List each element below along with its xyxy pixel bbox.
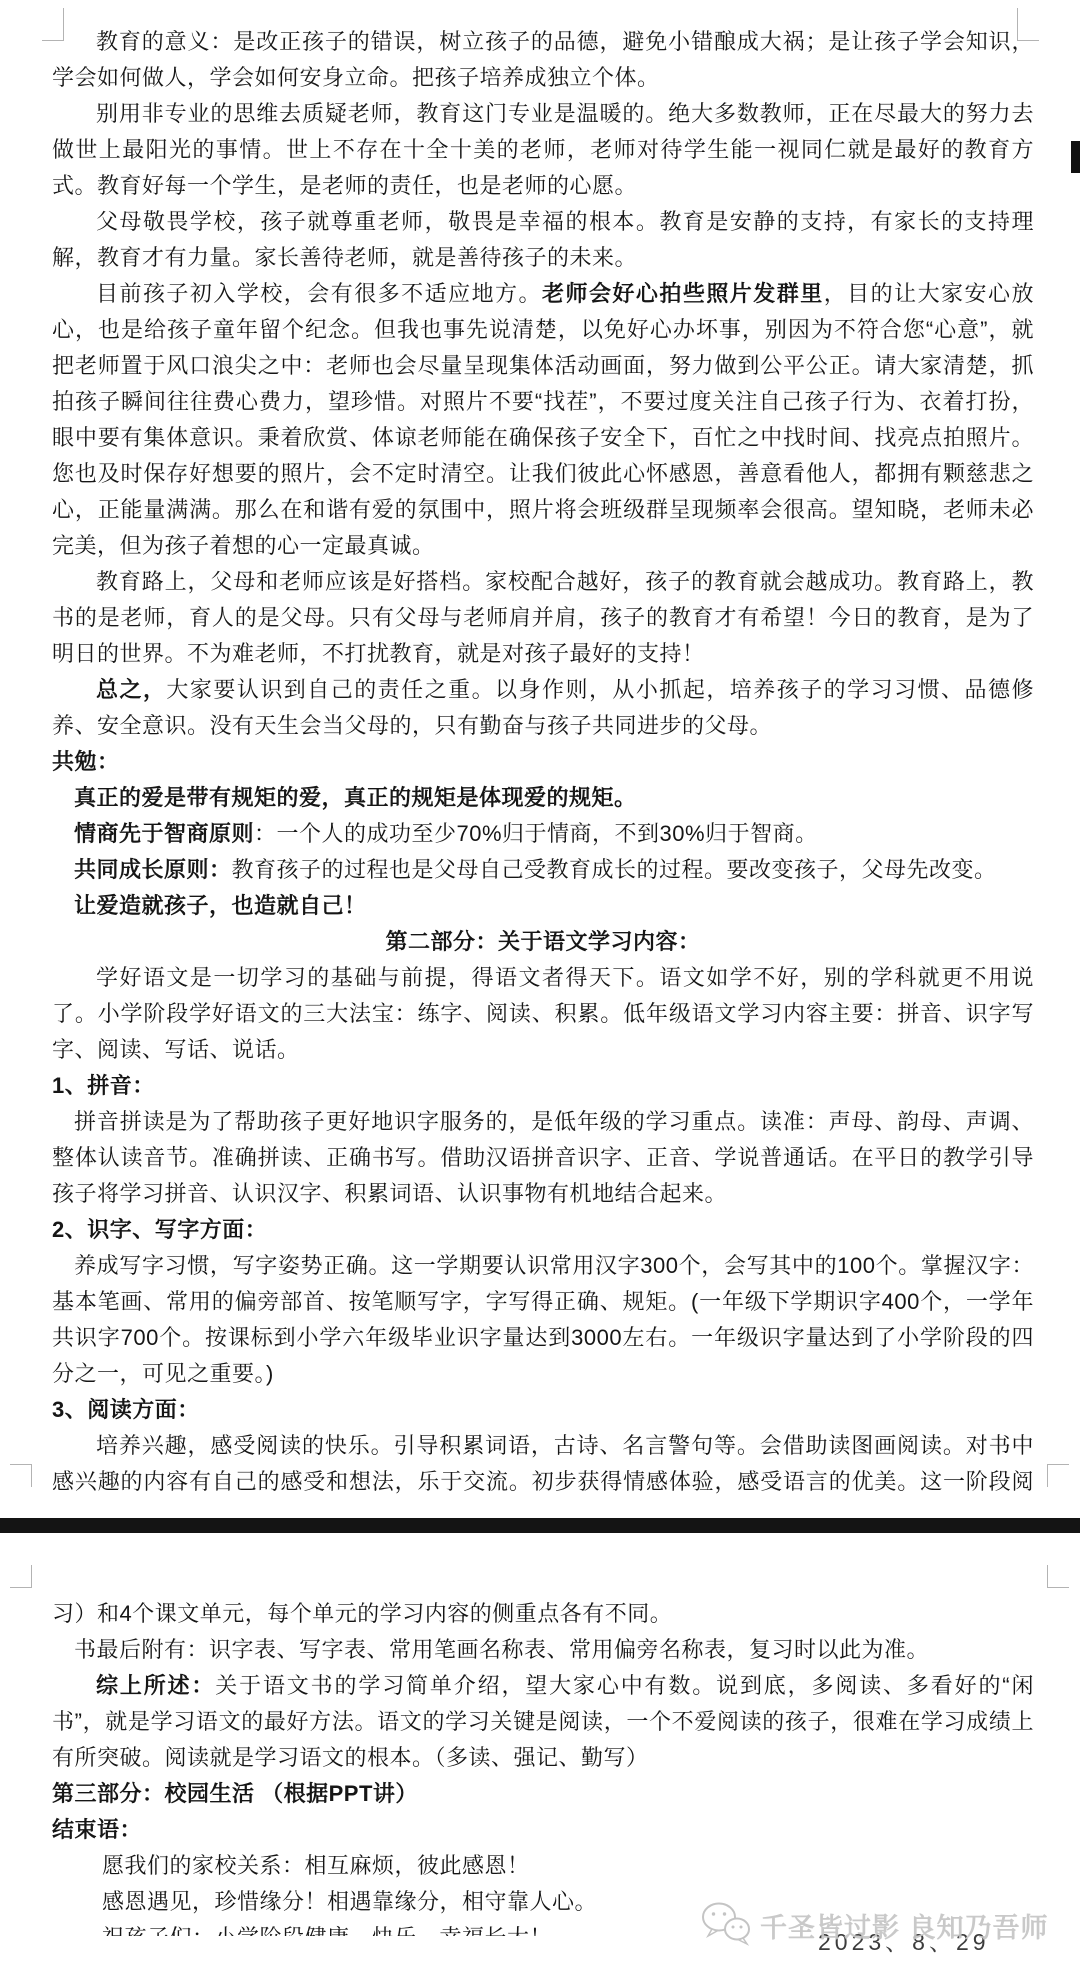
motto-line: 让爱造就孩子，也造就自己！ <box>52 888 1034 924</box>
page-break-bar <box>0 1518 1080 1533</box>
paragraph-text: 大家要认识到自己的责任之重。以身作则，从小抓起，培养孩子的学习习惯、品德修养、安… <box>52 677 1034 738</box>
paragraph-text: 习）和4个课文单元，每个单元的学习内容的侧重点各有不同。 <box>52 1601 672 1626</box>
paragraph-text: 教育的意义：是改正孩子的错误，树立孩子的品德，避免小错酿成大祸；是让孩子学会知识… <box>52 29 1034 90</box>
paragraph: 养成写字习惯，写字姿势正确。这一学期要认识常用汉字300个，会写其中的100个。… <box>52 1248 1034 1392</box>
watermark: 千圣皆过影 良知乃吾师 <box>700 1900 1049 1951</box>
motto-text: 真正的爱是带有规矩的爱，真正的规矩是体现爱的规矩。 <box>74 785 637 810</box>
paragraph-text: 养成写字习惯，写字姿势正确。这一学期要认识常用汉字300个，会写其中的100个。… <box>52 1253 1034 1386</box>
paragraph: 习）和4个课文单元，每个单元的学习内容的侧重点各有不同。 <box>52 1596 1034 1632</box>
paragraph-text: 目前孩子初入学校，会有很多不适应地方。 <box>96 281 542 306</box>
paragraph: 综上所述：关于语文书的学习简单介绍，望大家心中有数。说到底，多阅读、多看好的“闲… <box>52 1668 1034 1776</box>
footer-zone: 2023、8、29 千圣皆过影 良知乃吾师 <box>700 1896 1070 1966</box>
page-2: 习）和4个课文单元，每个单元的学习内容的侧重点各有不同。 书最后附有：识字表、写… <box>52 1596 1034 1936</box>
paragraph: 目前孩子初入学校，会有很多不适应地方。老师会好心拍些照片发群里，目的让大家安心放… <box>52 276 1034 564</box>
paragraph: 培养兴趣，感受阅读的快乐。引导积累词语，古诗、名言警句等。会借助读图画阅读。对书… <box>52 1428 1034 1494</box>
paragraph-text: 学好语文是一切学习的基础与前提，得语文者得天下。语文如学不好，别的学科就更不用说… <box>52 965 1034 1062</box>
margin-corner-mark-page2-left <box>10 1565 32 1588</box>
motto-line: 真正的爱是带有规矩的爱，真正的规矩是体现爱的规矩。 <box>52 780 1034 816</box>
right-edge-marker <box>1071 141 1080 173</box>
heading-text: 1、拼音： <box>52 1073 155 1098</box>
motto-text: 让爱造就孩子，也造就自己！ <box>74 893 367 918</box>
paragraph: 父母敬畏学校，孩子就尊重老师，敬畏是幸福的根本。教育是安静的支持，有家长的支持理… <box>52 204 1034 276</box>
part3-title: 第三部分：校园生活 （根据PPT讲） <box>52 1776 1034 1812</box>
closing-heading: 结束语： <box>52 1812 1034 1848</box>
bold-run: 总之， <box>96 677 166 702</box>
part2-title: 第二部分：关于语文学习内容： <box>52 924 1034 960</box>
motto-line: 共同成长原则：教育孩子的过程也是父母自己受教育成长的过程。要改变孩子，父母先改变… <box>52 852 1034 888</box>
document-scan: 教育的意义：是改正孩子的错误，树立孩子的品德，避免小错酿成大祸；是让孩子学会知识… <box>0 0 1080 1977</box>
paragraph: 总之，大家要认识到自己的责任之重。以身作则，从小抓起，培养孩子的学习习惯、品德修… <box>52 672 1034 744</box>
paragraph-text: 书最后附有：识字表、写字表、常用笔画名称表、常用偏旁名称表，复习时以此为准。 <box>74 1637 929 1662</box>
numbered-heading-3: 3、阅读方面： <box>52 1392 1034 1428</box>
section-heading-gongmian: 共勉： <box>52 744 1034 780</box>
heading-text: 3、阅读方面： <box>52 1397 200 1422</box>
closing-line: 愿我们的家校关系：相互麻烦，彼此感恩！ <box>102 1848 1034 1884</box>
title-text: 第三部分：校园生活 （根据PPT讲） <box>52 1781 418 1806</box>
margin-corner-mark-bottom-left <box>10 1464 32 1487</box>
numbered-heading-2: 2、识字、写字方面： <box>52 1212 1034 1248</box>
bold-run: 情商先于智商原则 <box>74 821 254 846</box>
title-text: 第二部分：关于语文学习内容： <box>385 929 700 954</box>
paragraph-text: 别用非专业的思维去质疑老师，教育这门专业是温暖的。绝大多数教师，正在尽最大的努力… <box>52 101 1034 198</box>
margin-corner-mark-page2-right <box>1047 1565 1069 1588</box>
paragraph-text: 培养兴趣，感受阅读的快乐。引导积累词语，古诗、名言警句等。会借助读图画阅读。对书… <box>52 1433 1034 1494</box>
heading-text: 共勉： <box>52 749 120 774</box>
bold-run: 综上所述： <box>96 1673 215 1698</box>
margin-corner-mark-bottom-right <box>1047 1464 1069 1487</box>
paragraph-text: 父母敬畏学校，孩子就尊重老师，敬畏是幸福的根本。教育是安静的支持，有家长的支持理… <box>52 209 1034 270</box>
paragraph-text: 教育路上，父母和老师应该是好搭档。家校配合越好，孩子的教育就会越成功。教育路上，… <box>52 569 1034 666</box>
paragraph: 拼音拼读是为了帮助孩子更好地识字服务的，是低年级的学习重点。读准：声母、韵母、声… <box>52 1104 1034 1212</box>
page-1: 教育的意义：是改正孩子的错误，树立孩子的品德，避免小错酿成大祸；是让孩子学会知识… <box>52 24 1034 1494</box>
paragraph: 书最后附有：识字表、写字表、常用笔画名称表、常用偏旁名称表，复习时以此为准。 <box>52 1632 1034 1668</box>
wechat-icon <box>700 1900 752 1951</box>
closing-text: 愿我们的家校关系：相互麻烦，彼此感恩！ <box>102 1853 530 1878</box>
bold-run: 共同成长原则： <box>74 857 232 882</box>
heading-text: 结束语： <box>52 1817 142 1842</box>
numbered-heading-1: 1、拼音： <box>52 1068 1034 1104</box>
motto-text: 教育孩子的过程也是父母自己受教育成长的过程。要改变孩子，父母先改变。 <box>232 857 997 882</box>
closing-text: 感恩遇见，珍惜缘分！相遇靠缘分，相守靠人心。 <box>102 1889 597 1914</box>
closing-text: 祝孩子们：小学阶段健康、快乐、幸福长大！ <box>102 1925 552 1936</box>
watermark-text: 千圣皆过影 良知乃吾师 <box>760 1906 1049 1945</box>
motto-text: ：一个人的成功至少70%归于情商，不到30%归于智商。 <box>254 821 818 846</box>
heading-text: 2、识字、写字方面： <box>52 1217 267 1242</box>
paragraph: 学好语文是一切学习的基础与前提，得语文者得天下。语文如学不好，别的学科就更不用说… <box>52 960 1034 1068</box>
paragraph-text: 拼音拼读是为了帮助孩子更好地识字服务的，是低年级的学习重点。读准：声母、韵母、声… <box>52 1109 1034 1206</box>
paragraph: 教育的意义：是改正孩子的错误，树立孩子的品德，避免小错酿成大祸；是让孩子学会知识… <box>52 24 1034 96</box>
paragraph-text: ，目的让大家安心放心，也是给孩子童年留个纪念。但我也事先说清楚，以免好心办坏事，… <box>52 281 1034 558</box>
paragraph: 别用非专业的思维去质疑老师，教育这门专业是温暖的。绝大多数教师，正在尽最大的努力… <box>52 96 1034 204</box>
motto-line: 情商先于智商原则：一个人的成功至少70%归于情商，不到30%归于智商。 <box>52 816 1034 852</box>
paragraph: 教育路上，父母和老师应该是好搭档。家校配合越好，孩子的教育就会越成功。教育路上，… <box>52 564 1034 672</box>
bold-run: 老师会好心拍些照片发群里 <box>542 281 824 306</box>
